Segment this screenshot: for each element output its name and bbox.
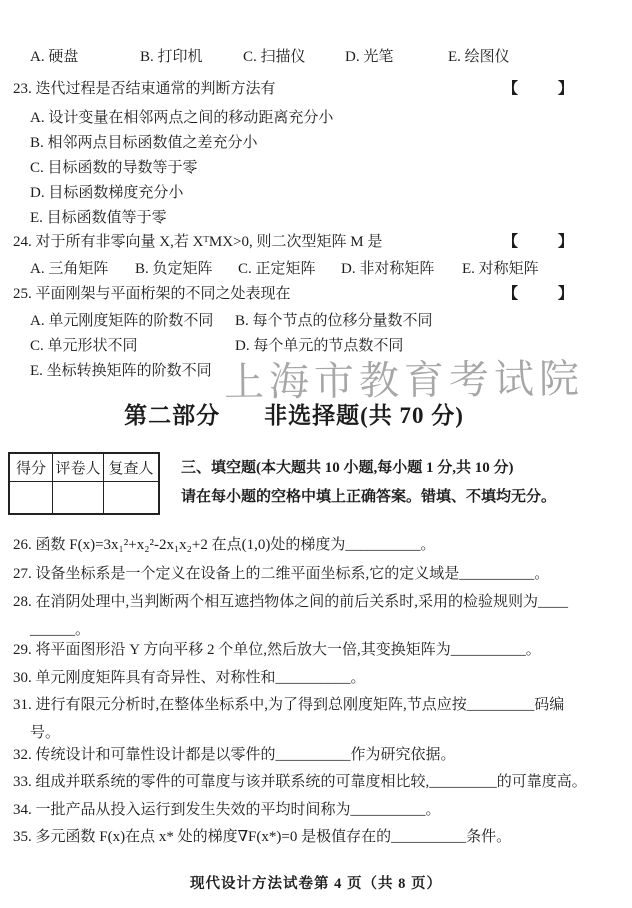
question-23-option-c: C. 目标函数的导数等于零 [30, 156, 198, 177]
question-23-option-e: E. 目标函数值等于零 [30, 206, 167, 227]
option-b: B. 负定矩阵 [135, 257, 238, 278]
bracket-open: 【 [503, 77, 518, 98]
part2-title: 非选择题(共 70 分) [264, 397, 464, 430]
option-a: A. 硬盘 [30, 45, 140, 66]
question-22-options-row: A. 硬盘B. 打印机C. 扫描仪D. 光笔E. 绘图仪 [30, 45, 510, 66]
fill-section-heading: 三、填空题(本大题共 10 小题,每小题 1 分,共 10 分) [181, 456, 514, 477]
question-25-stem: 25. 平面刚架与平面桁架的不同之处表现在 [13, 282, 291, 303]
bracket-close: 】 [558, 282, 573, 303]
option-d: D. 非对称矩阵 [341, 257, 462, 278]
question-31-continuation: 号。 [30, 721, 60, 742]
question-23-option-a: A. 设计变量在相邻两点之间的移动距离充分小 [30, 106, 333, 127]
part2-heading: 第二部分非选择题(共 70 分) [0, 397, 610, 430]
page-footer: 现代设计方法试卷第 4 页（共 8 页） [0, 872, 632, 893]
exam-page: A. 硬盘B. 打印机C. 扫描仪D. 光笔E. 绘图仪 23. 迭代过程是否结… [0, 0, 632, 908]
score-cell-empty [9, 482, 53, 515]
bracket-open: 【 [503, 230, 518, 251]
question-32: 32. 传统设计和可靠性设计都是以零件的__________作为研究依据。 [13, 743, 456, 764]
fill-section-instruction: 请在每小题的空格中填上正确答案。错填、不填均无分。 [181, 485, 556, 506]
question-28: 28. 在消阴处理中,当判断两个相互遮挡物体之间的前后关系时,采用的检验规则为_… [13, 590, 568, 611]
question-24-stem: 24. 对于所有非零向量 X,若 XᵀMX>0, 则二次型矩阵 M 是 [13, 230, 382, 251]
bracket-open: 【 [503, 282, 518, 303]
question-24-options-row: A. 三角矩阵B. 负定矩阵C. 正定矩阵D. 非对称矩阵E. 对称矩阵 [30, 257, 539, 278]
answer-brackets-24: 【】 [503, 230, 573, 251]
option-c: C. 扫描仪 [243, 45, 345, 66]
question-23-option-d: D. 目标函数梯度充分小 [30, 181, 183, 202]
answer-brackets-25: 【】 [503, 282, 573, 303]
bracket-close: 】 [558, 230, 573, 251]
score-table: 得分 评卷人 复查人 [8, 452, 160, 515]
score-table-header-reviewer: 复查人 [104, 453, 160, 482]
bracket-close: 】 [558, 77, 573, 98]
option-c: C. 单元形状不同 [30, 334, 235, 355]
question-33: 33. 组成并联系统的零件的可靠度与该并联系统的可靠度相比较,_________… [13, 770, 587, 791]
option-d: D. 光笔 [345, 45, 448, 66]
option-a: A. 三角矩阵 [30, 257, 135, 278]
question-34: 34. 一批产品从投入运行到发生失效的平均时间称为__________。 [13, 798, 441, 819]
question-31: 31. 进行有限元分析时,在整体坐标系中,为了得到总刚度矩阵,节点应按_____… [13, 693, 564, 714]
option-a: A. 单元刚度矩阵的阶数不同 [30, 309, 235, 330]
option-e: E. 绘图仪 [448, 45, 510, 66]
question-25-options-row-1: A. 单元刚度矩阵的阶数不同B. 每个节点的位移分量数不同 [30, 309, 433, 330]
question-26: 26. 函数 F(x)=3x₁²+x₂²-2x₁x₂+2 在点(1,0)处的梯度… [13, 533, 435, 554]
question-28-continuation: ______。 [30, 618, 90, 639]
grader-cell-empty [53, 482, 104, 515]
score-table-header-score: 得分 [9, 453, 53, 482]
question-35: 35. 多元函数 F(x)在点 x* 处的梯度∇F(x*)=0 是极值存在的__… [13, 825, 511, 846]
part2-label: 第二部分 [124, 397, 220, 430]
question-25-option-e: E. 坐标转换矩阵的阶数不同 [30, 359, 212, 380]
answer-brackets-23: 【】 [503, 77, 573, 98]
option-b: B. 每个节点的位移分量数不同 [235, 309, 433, 330]
question-27: 27. 设备坐标系是一个定义在设备上的二维平面坐标系,它的定义域是_______… [13, 562, 549, 583]
question-23-option-b: B. 相邻两点目标函数值之差充分小 [30, 131, 258, 152]
reviewer-cell-empty [104, 482, 160, 515]
score-table-header-grader: 评卷人 [53, 453, 104, 482]
option-c: C. 正定矩阵 [238, 257, 341, 278]
option-e: E. 对称矩阵 [462, 257, 539, 278]
question-30: 30. 单元刚度矩阵具有奇异性、对称性和__________。 [13, 666, 366, 687]
question-29: 29. 将平面图形沿 Y 方向平移 2 个单位,然后放大一倍,其变换矩阵为___… [13, 638, 541, 659]
question-23-stem: 23. 迭代过程是否结束通常的判断方法有 [13, 77, 276, 98]
option-b: B. 打印机 [140, 45, 243, 66]
